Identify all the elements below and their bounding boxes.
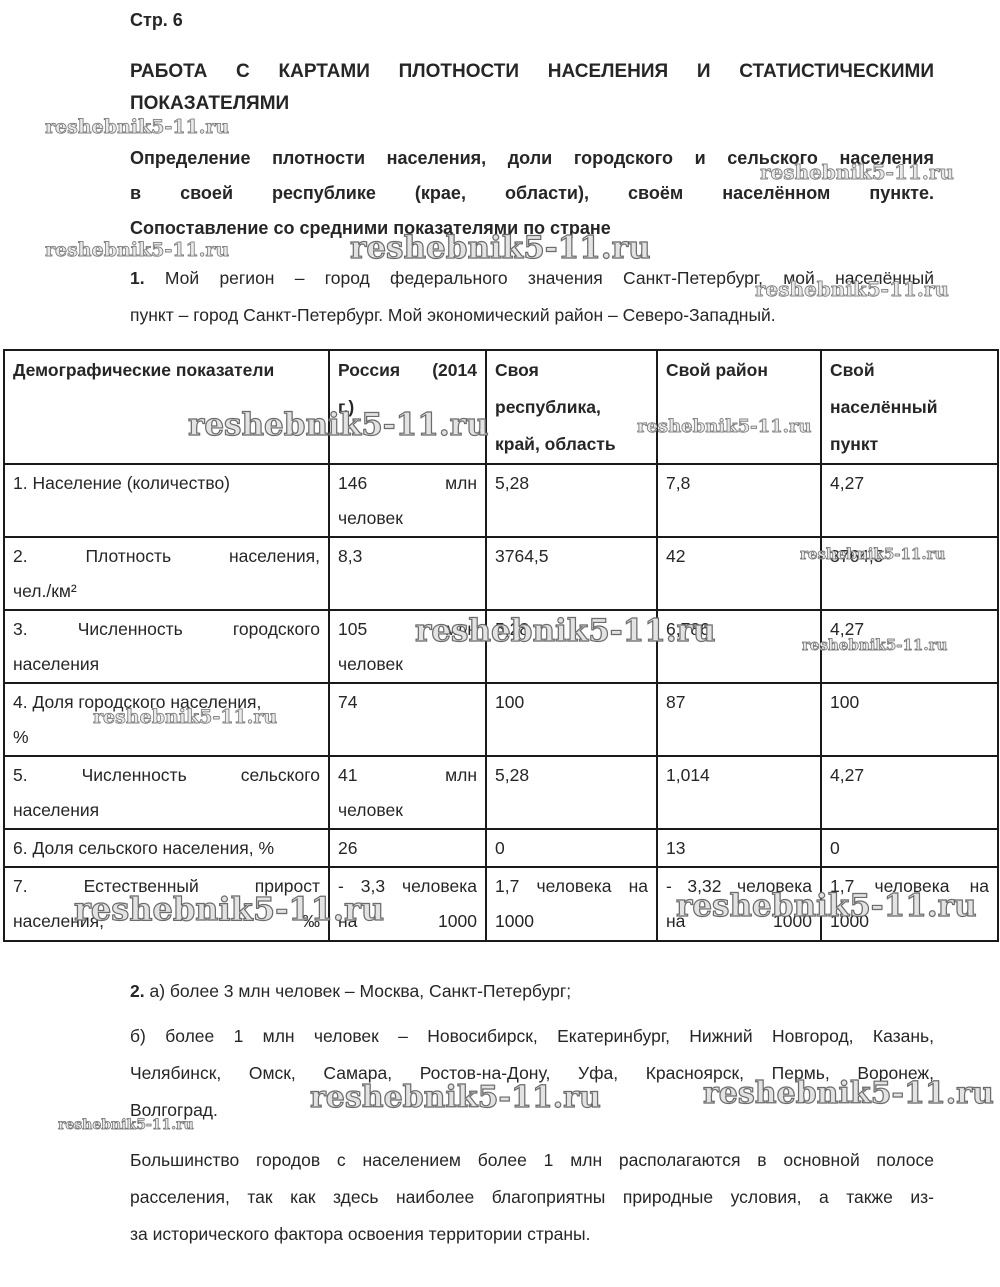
answer-2: 2. а) более 3 млн человек – Москва, Санк… bbox=[130, 973, 934, 1010]
table-cell: 5,28 bbox=[486, 464, 657, 537]
table-cell: 1,014 bbox=[657, 756, 821, 829]
watermark: reshebnik5-11.ru bbox=[676, 888, 976, 924]
answer-2-conclusion: Большинство городов с населением более 1… bbox=[130, 1142, 934, 1253]
table-cell: 6. Доля сельского населения, % bbox=[4, 829, 329, 867]
table-cell: 13 bbox=[657, 829, 821, 867]
table-cell: 0 bbox=[486, 829, 657, 867]
table-cell: 100 bbox=[821, 683, 998, 756]
page-number: Стр. 6 bbox=[130, 0, 934, 33]
table-cell: 3764,5 bbox=[486, 537, 657, 610]
watermark: reshebnik5-11.ru bbox=[802, 636, 947, 654]
title-line-2: ПОКАЗАТЕЛЯМИ bbox=[130, 88, 934, 120]
header-republic: Своя республика, край, область bbox=[486, 350, 657, 464]
watermark: reshebnik5-11.ru bbox=[74, 890, 384, 928]
conclusion-line-2: расселения, так как здесь наиболее благо… bbox=[130, 1179, 934, 1216]
table-cell: 100 bbox=[486, 683, 657, 756]
table-cell: 1. Население (количество) bbox=[4, 464, 329, 537]
watermark: reshebnik5-11.ru bbox=[800, 545, 945, 563]
table-cell: 0 bbox=[821, 829, 998, 867]
watermark: reshebnik5-11.ru bbox=[350, 230, 650, 266]
table-cell: 87 bbox=[657, 683, 821, 756]
watermark: reshebnik5-11.ru bbox=[755, 277, 949, 301]
answer-2-line-a: а) более 3 млн человек – Москва, Санкт-П… bbox=[145, 981, 572, 1001]
watermark: reshebnik5-11.ru bbox=[637, 416, 811, 437]
table-cell: 1,7 человека на 1000 bbox=[486, 867, 657, 941]
watermark: reshebnik5-11.ru bbox=[45, 116, 229, 138]
watermark: reshebnik5-11.ru bbox=[45, 239, 229, 261]
answer-1-line-2: пункт – город Санкт-Петербург. Мой эконо… bbox=[130, 297, 934, 334]
table-cell: 5,28 bbox=[486, 756, 657, 829]
table-cell: 41 млн человек bbox=[329, 756, 486, 829]
watermark: reshebnik5-11.ru bbox=[93, 706, 277, 728]
watermark: reshebnik5-11.ru bbox=[310, 1080, 601, 1115]
conclusion-line-3: за исторического фактора освоения террит… bbox=[130, 1216, 934, 1253]
table-cell: 74 bbox=[329, 683, 486, 756]
header-settlement: Свой населённый пункт bbox=[821, 350, 998, 464]
watermark: reshebnik5-11.ru bbox=[703, 1076, 994, 1111]
document-page: Стр. 6 РАБОТА С КАРТАМИ ПЛОТНОСТИ НАСЕЛЕ… bbox=[0, 0, 1000, 1287]
watermark: reshebnik5-11.ru bbox=[415, 613, 715, 649]
table-cell: 146 млн человек bbox=[329, 464, 486, 537]
conclusion-line-1: Большинство городов с населением более 1… bbox=[130, 1142, 934, 1179]
table-row: 5. Численность сельского населения 41 мл… bbox=[4, 756, 998, 829]
part-b-line-1: б) более 1 млн человек – Новосибирск, Ек… bbox=[130, 1018, 934, 1055]
watermark: reshebnik5-11.ru bbox=[58, 1117, 194, 1133]
table-cell: 7,8 bbox=[657, 464, 821, 537]
watermark: reshebnik5-11.ru bbox=[188, 407, 488, 443]
title-line-1: РАБОТА С КАРТАМИ ПЛОТНОСТИ НАСЕЛЕНИЯ И С… bbox=[130, 56, 934, 88]
worksheet-title: РАБОТА С КАРТАМИ ПЛОТНОСТИ НАСЕЛЕНИЯ И С… bbox=[130, 56, 934, 120]
table-cell: 3. Численность городского населения bbox=[4, 610, 329, 683]
table-row: 6. Доля сельского населения, % 26 0 13 0 bbox=[4, 829, 998, 867]
header-district: Свой район bbox=[657, 350, 821, 464]
table-cell: 26 bbox=[329, 829, 486, 867]
table-cell: 8,3 bbox=[329, 537, 486, 610]
table-cell: 2. Плотность населения, чел./км² bbox=[4, 537, 329, 610]
table-cell: 5. Численность сельского населения bbox=[4, 756, 329, 829]
watermark: reshebnik5-11.ru bbox=[760, 160, 954, 184]
table-cell: 4,27 bbox=[821, 756, 998, 829]
table-cell: 42 bbox=[657, 537, 821, 610]
table-header-row: Демографические показатели Россия (2014 … bbox=[4, 350, 998, 464]
table-cell: 4,27 bbox=[821, 464, 998, 537]
answer-2-number: 2. bbox=[130, 981, 145, 1001]
answer-1-number: 1. bbox=[130, 268, 145, 288]
table-row: 1. Население (количество) 146 млн челове… bbox=[4, 464, 998, 537]
